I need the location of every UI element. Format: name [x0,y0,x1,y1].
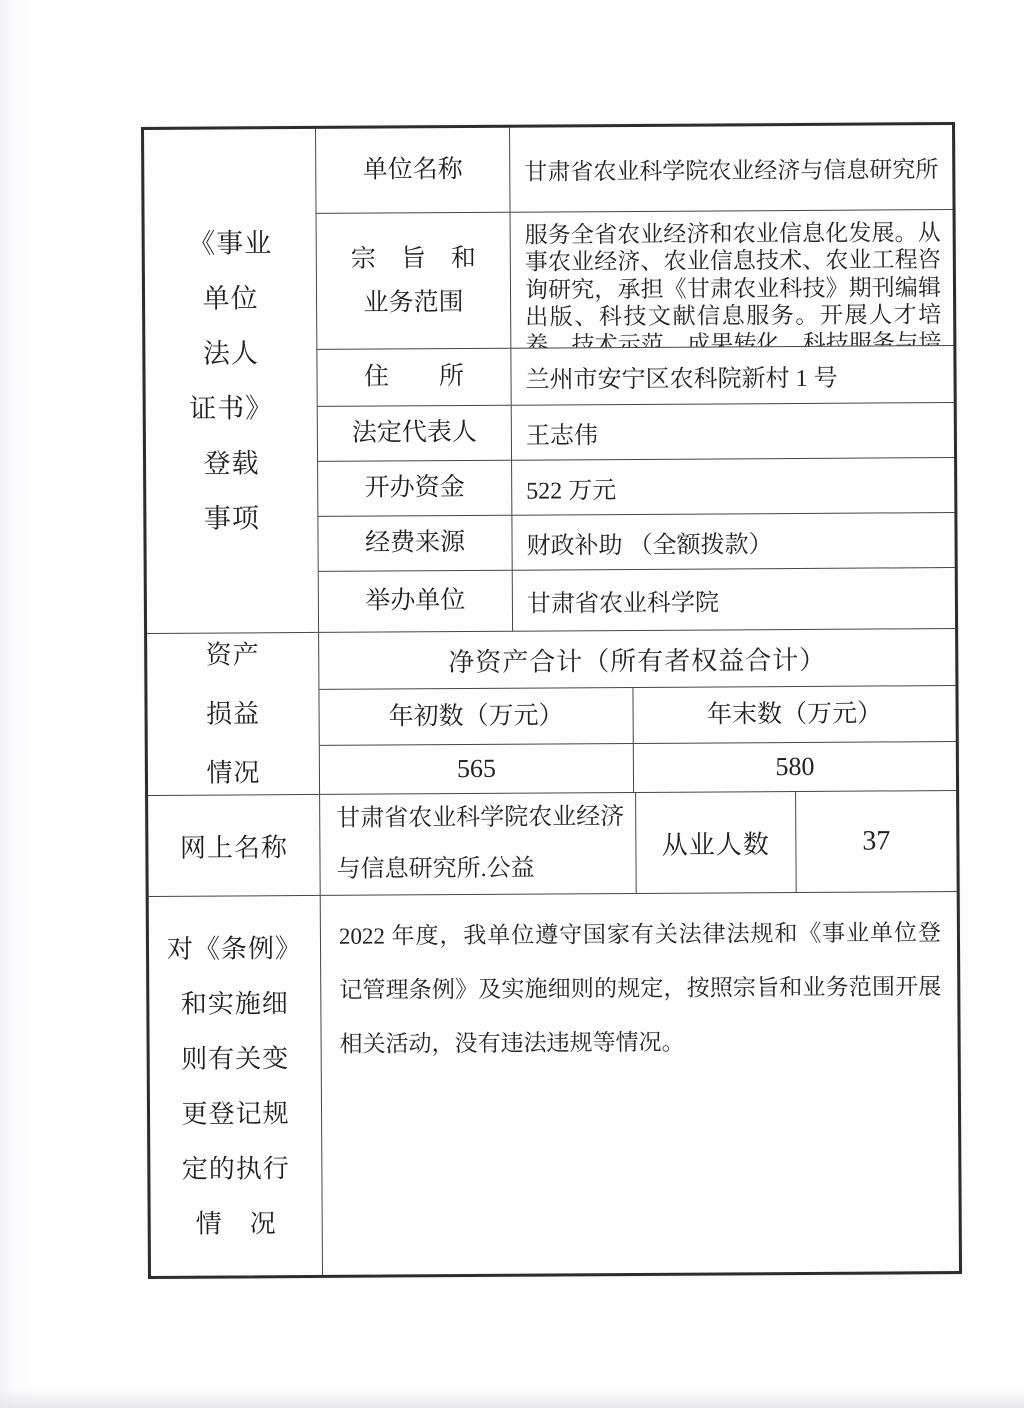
scanned-page: 《事业 单位 法人 证书》 登载 事项 单位名称 甘肃省农业科学院农业经济与信息… [0,0,1024,1408]
compliance-section: 对《条例》 和实施细 则有关变 更登记规 定的执行 情 况 2022 年度，我单… [149,892,959,1276]
opening-funds-value: 522 万元 [512,458,954,516]
opening-funds-label: 开办资金 [318,461,512,517]
certificate-section-header: 《事业 单位 法人 证书》 登载 事项 [144,129,319,634]
compliance-statement: 2022 年度，我单位遵守国家有关法律法规和《事业单位登记管理条例》及实施细则的… [321,892,959,1275]
unit-name-label: 单位名称 [316,128,511,214]
registration-form-table: 《事业 单位 法人 证书》 登载 事项 单位名称 甘肃省农业科学院农业经济与信息… [141,122,962,1279]
year-start-value: 565 [320,744,634,795]
staff-count-label: 从业人数 [636,792,797,894]
year-end-label: 年末数（万元） [633,686,955,744]
address-label: 住 所 [317,349,511,407]
legal-representative-label: 法定代表人 [318,406,512,462]
legal-representative-value: 王志伟 [512,403,954,461]
funding-source-label: 经费来源 [318,516,512,572]
year-end-value: 580 [634,742,956,793]
year-start-label: 年初数（万元） [319,688,633,746]
staff-count-value: 37 [796,791,957,893]
online-name-label: 网上名称 [148,795,321,897]
unit-name-value: 甘肃省农业科学院农业经济与信息研究所 [510,125,953,213]
online-name-value: 甘肃省农业科学院农业经济与信息研究所.公益 [320,793,637,896]
address-value: 兰州市安宁区农科院新村 1 号 [511,346,953,406]
mission-scope-label: 宗 旨 和 业务范围 [317,213,512,350]
sponsor-unit-label: 举办单位 [319,571,513,633]
mission-scope-value: 服务全省农业经济和农业信息化发展。从事农业经济、农业信息技术、农业工程咨询研究，… [511,210,954,349]
sponsor-unit-value: 甘肃省农业科学院 [513,568,955,632]
certificate-section: 《事业 单位 法人 证书》 登载 事项 单位名称 甘肃省农业科学院农业经济与信息… [144,125,955,634]
assets-section-header: 资产 损益 情况 [147,633,320,796]
online-name-section: 网上名称 甘肃省农业科学院农业经济与信息研究所.公益 从业人数 37 [148,791,957,897]
compliance-section-header: 对《条例》 和实施细 则有关变 更登记规 定的执行 情 况 [149,896,323,1276]
net-assets-title: 净资产合计（所有者权益合计） [319,629,955,690]
assets-section: 资产 损益 情况 净资产合计（所有者权益合计） 年初数（万元） 年末数（万元） … [147,629,956,796]
funding-source-value: 财政补助 （全额拨款） [512,513,954,571]
